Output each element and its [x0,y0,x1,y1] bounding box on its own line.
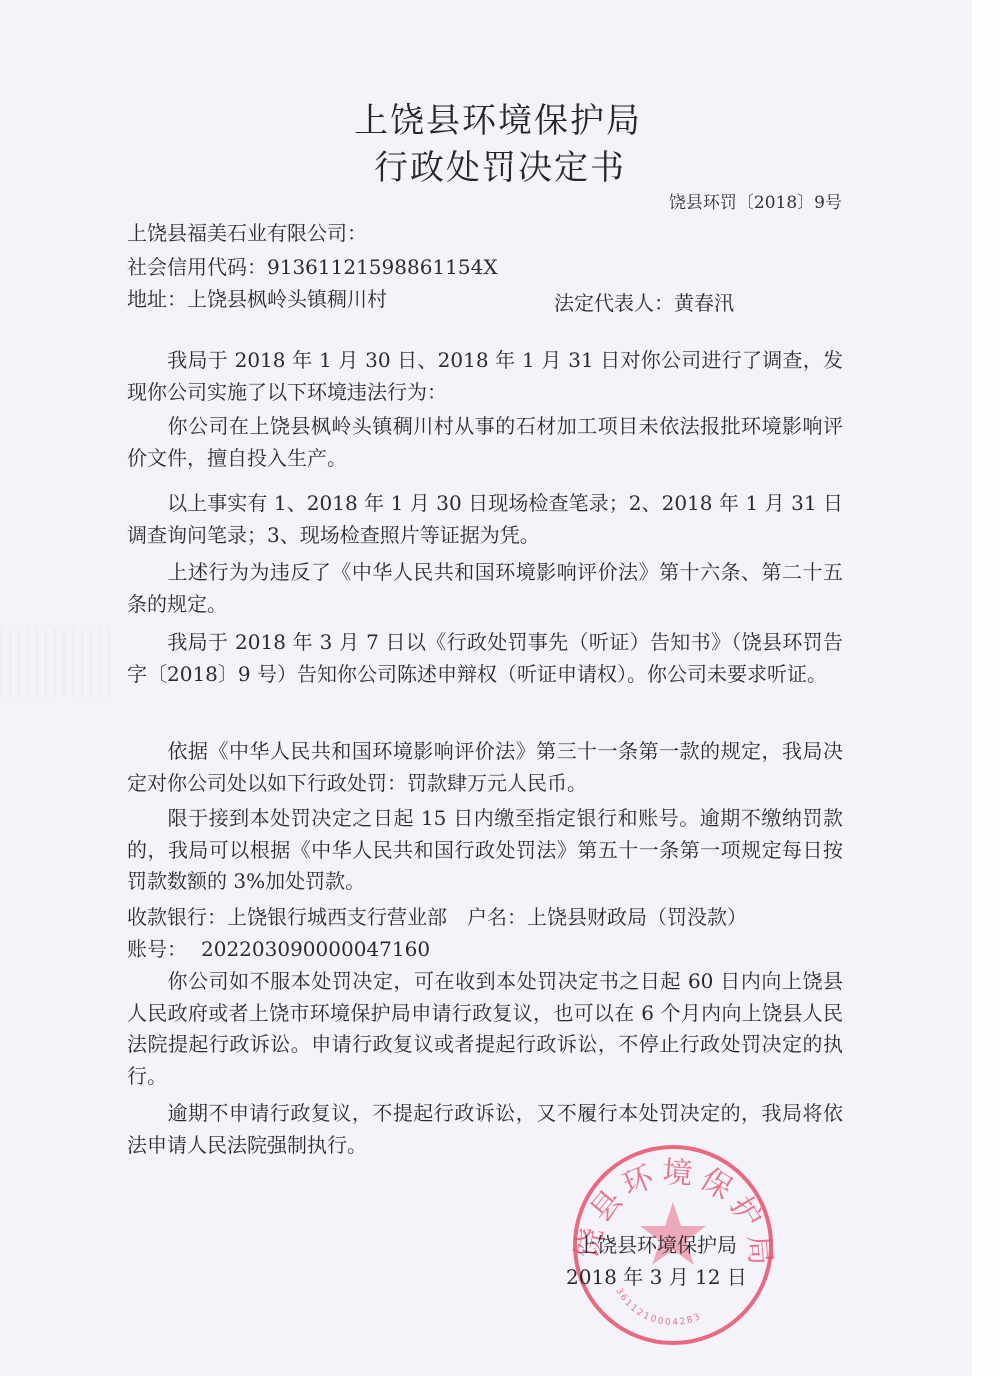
account-label: 账号： [127,937,187,961]
paragraph-investigation: 我局于 2018 年 1 月 30 日、2018 年 1 月 31 日对你公司进… [127,345,843,408]
scan-noise [0,628,110,698]
document-page: 上饶县环境保护局 行政处罚决定书 饶县环罚〔2018〕9号 上饶县福美石业有限公… [0,0,972,1376]
document-number: 饶县环罚〔2018〕9号 [669,188,842,213]
legal-rep-line: 法定代表人：黄春汛 [554,287,734,316]
legal-rep-value: 黄春汛 [674,291,734,315]
document-type-title: 行政处罚决定书 [14,140,986,189]
account-line: 账号：202203090000047160 [127,937,430,961]
svg-text:3611210004283: 3611210004283 [613,1286,703,1328]
stamp-serial: 3611210004283 [613,1286,703,1328]
address-value: 上饶县枫岭头镇稠川村 [187,287,387,311]
paragraph-violation: 你公司在上饶县枫岭头镇稠川村从事的石材加工项目未依法报批环境影响评价文件，擅自投… [127,411,843,474]
account-number: 202203090000047160 [201,937,430,961]
paragraph-law-violated: 上述行为为违反了《中华人民共和国环境影响评价法》第十六条、第二十五条的规定。 [127,557,843,620]
credit-code-value: 91361121598861154X [267,255,498,279]
paragraph-penalty: 依据《中华人民共和国环境影响评价法》第三十一条第一款的规定，我局决定对你公司处以… [127,736,843,799]
signature-organization: 上饶县环境保护局 [577,1229,737,1258]
paragraph-notice: 我局于 2018 年 3 月 7 日以《行政处罚事先（听证）告知书》（饶县环罚告… [127,627,843,690]
recipient-company: 上饶县福美石业有限公司： [127,221,367,245]
address-line: 地址：上饶县枫岭头镇稠川村 [127,287,387,311]
paragraph-evidence: 以上事实有 1、2018 年 1 月 30 日现场检查笔录；2、2018 年 1… [127,488,843,551]
legal-rep-label: 法定代表人： [554,291,674,315]
credit-code-label: 社会信用代码： [127,255,267,279]
address-label: 地址： [127,287,187,311]
scan-edge [972,0,1000,1376]
paragraph-appeal-rights: 你公司如不服本处罚决定，可在收到本处罚决定书之日起 60 日内向上饶县人民政府或… [127,966,843,1092]
credit-code-line: 社会信用代码：91361121598861154X [127,255,498,279]
bank-info: 收款银行：上饶银行城西支行营业部 户名：上饶县财政局（罚没款） [127,905,747,929]
issuing-authority-title: 上饶县环境保护局 [12,93,984,142]
paragraph-payment-deadline: 限于接到本处罚决定之日起 15 日内缴至指定银行和账号。逾期不缴纳罚款的，我局可… [127,803,843,898]
signature-date: 2018 年 3 月 12 日 [566,1261,747,1290]
